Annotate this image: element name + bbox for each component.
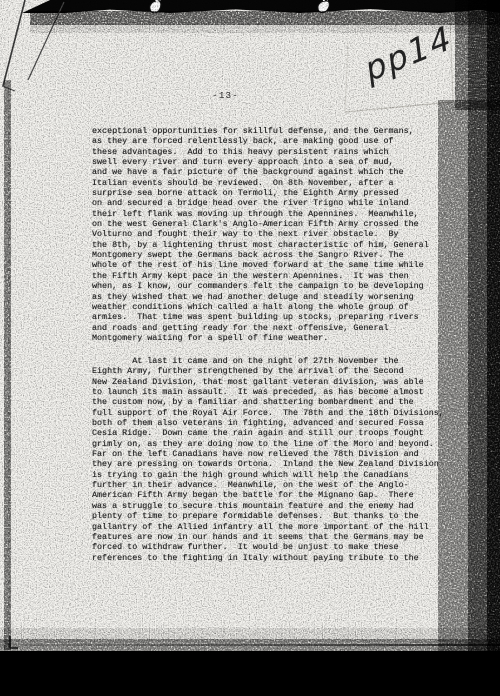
binder-fastener-icon (147, 0, 165, 18)
page-number: -13- (212, 90, 239, 101)
paper-slip-edges (0, 0, 500, 696)
corner-fold-lines (0, 0, 500, 696)
scan-artifact-top-bar (0, 0, 500, 13)
page-bottom-edge-line (0, 644, 500, 646)
paragraph-1: exceptional opportunities for skillful d… (92, 126, 482, 343)
binder-fastener-icon (314, 0, 335, 19)
handwritten-annotation: pp14 (360, 18, 457, 90)
scan-artifact-bottom-bar (0, 651, 500, 696)
scanned-document-page: exceptional opportunities for skillful d… (0, 0, 500, 696)
paragraph-2: At last it came and on the night of 27th… (92, 356, 482, 563)
scan-noise-overlay (0, 0, 500, 696)
